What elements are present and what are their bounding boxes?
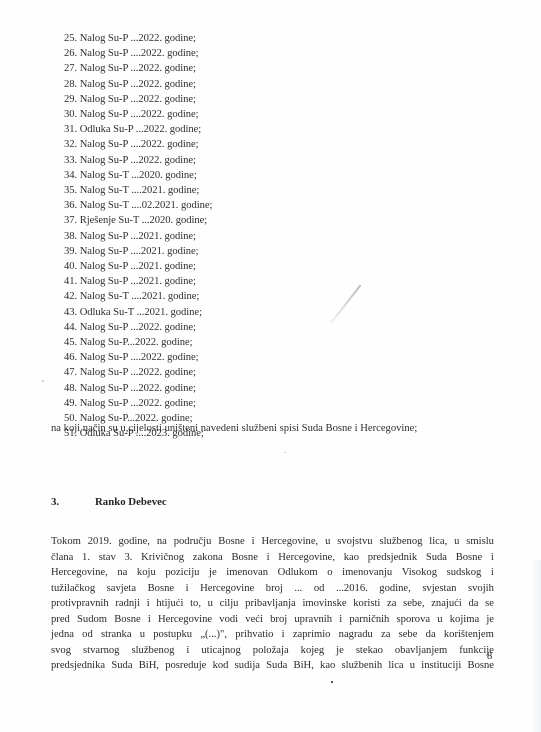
list-item: 41. Nalog Su-P ...2021. godine; [64,274,212,289]
paragraph-line: svogstvarnogslužbenogiuticajnogpoložajak… [51,643,494,659]
section-heading: 3.Ranko Debevec [51,496,167,508]
paragraph-line: člana1.stav3.KrivičnogzakonaBosneiHerceg… [51,550,494,566]
list-item: 29. Nalog Su-P ...2022. godine; [64,92,212,107]
list-item: 43. Odluka Su-T ...2021. godine; [64,305,212,320]
paragraph-line: predSudomBosneiHercegovinevodivećibrojup… [51,612,494,628]
body-paragraph: Tokom2019.godine,napodručjuBosneiHercego… [51,534,494,674]
paragraph-line: Tokom2019.godine,napodručjuBosneiHercego… [51,534,494,550]
scan-speck [331,681,333,683]
paragraph-line: tužilačkogsavjetaBosneiHercegovinebroj..… [51,581,494,597]
list-item: 47. Nalog Su-P ...2022. godine; [64,365,212,380]
paper-edge [531,560,541,732]
list-item: 26. Nalog Su-P ....2022. godine; [64,46,212,61]
list-item: 44. Nalog Su-P ...2022. godine; [64,320,212,335]
list-item: 37. Rješenje Su-T ...2020. godine; [64,213,212,228]
section-number: 3. [51,496,95,508]
list-item: 25. Nalog Su-P ...2022. godine; [64,31,212,46]
document-list: 25. Nalog Su-P ...2022. godine;26. Nalog… [64,31,212,441]
list-item: 39. Nalog Su-P ....2021. godine; [64,244,212,259]
list-item: 40. Nalog Su-P ...2021. godine; [64,259,212,274]
list-item: 36. Nalog Su-T ....02.2021. godine; [64,198,212,213]
paragraph-line: Hercegovine,nakojupozicijujeimenovanOdlu… [51,565,494,581]
list-item: 45. Nalog Su-P...2022. godine; [64,335,212,350]
list-item: 27. Nalog Su-P ...2022. godine; [64,61,212,76]
list-item: 38. Nalog Su-P ...2021. godine; [64,229,212,244]
document-page: 25. Nalog Su-P ...2022. godine;26. Nalog… [0,0,541,732]
paragraph-line: jednaodstrankaupostupku„(...)",prihvatio… [51,627,494,643]
scan-speck [284,452,286,453]
paragraph-line: protivpravnihradnjiihtijućito,uciljuprib… [51,596,494,612]
list-item: 35. Nalog Su-T ....2021. godine; [64,183,212,198]
pen-mark [330,285,361,324]
list-item: 31. Odluka Su-P ...2022. godine; [64,122,212,137]
list-item: 34. Nalog Su-T ...2020. godine; [64,168,212,183]
paragraph-line: predsjednikaSudaBiH,posredujekodsudijaSu… [51,658,494,674]
section-title: Ranko Debevec [95,496,167,508]
list-item: 30. Nalog Su-P ....2022. godine; [64,107,212,122]
list-item: 46. Nalog Su-P ....2022. godine; [64,350,212,365]
list-item: 49. Nalog Su-P ...2022. godine; [64,396,212,411]
list-item: 32. Nalog Su-P ....2022. godine; [64,137,212,152]
list-item: 28. Nalog Su-P ...2022. godine; [64,77,212,92]
scan-speck [42,380,44,382]
list-item: 42. Nalog Su-T ....2021. godine; [64,289,212,304]
closing-statement: na koji način su u,cijelosti uništeni na… [51,421,417,436]
page-number: 8 [487,651,492,662]
list-item: 33. Nalog Su-P ...2022. godine; [64,153,212,168]
list-item: 48. Nalog Su-P ...2022. godine; [64,381,212,396]
